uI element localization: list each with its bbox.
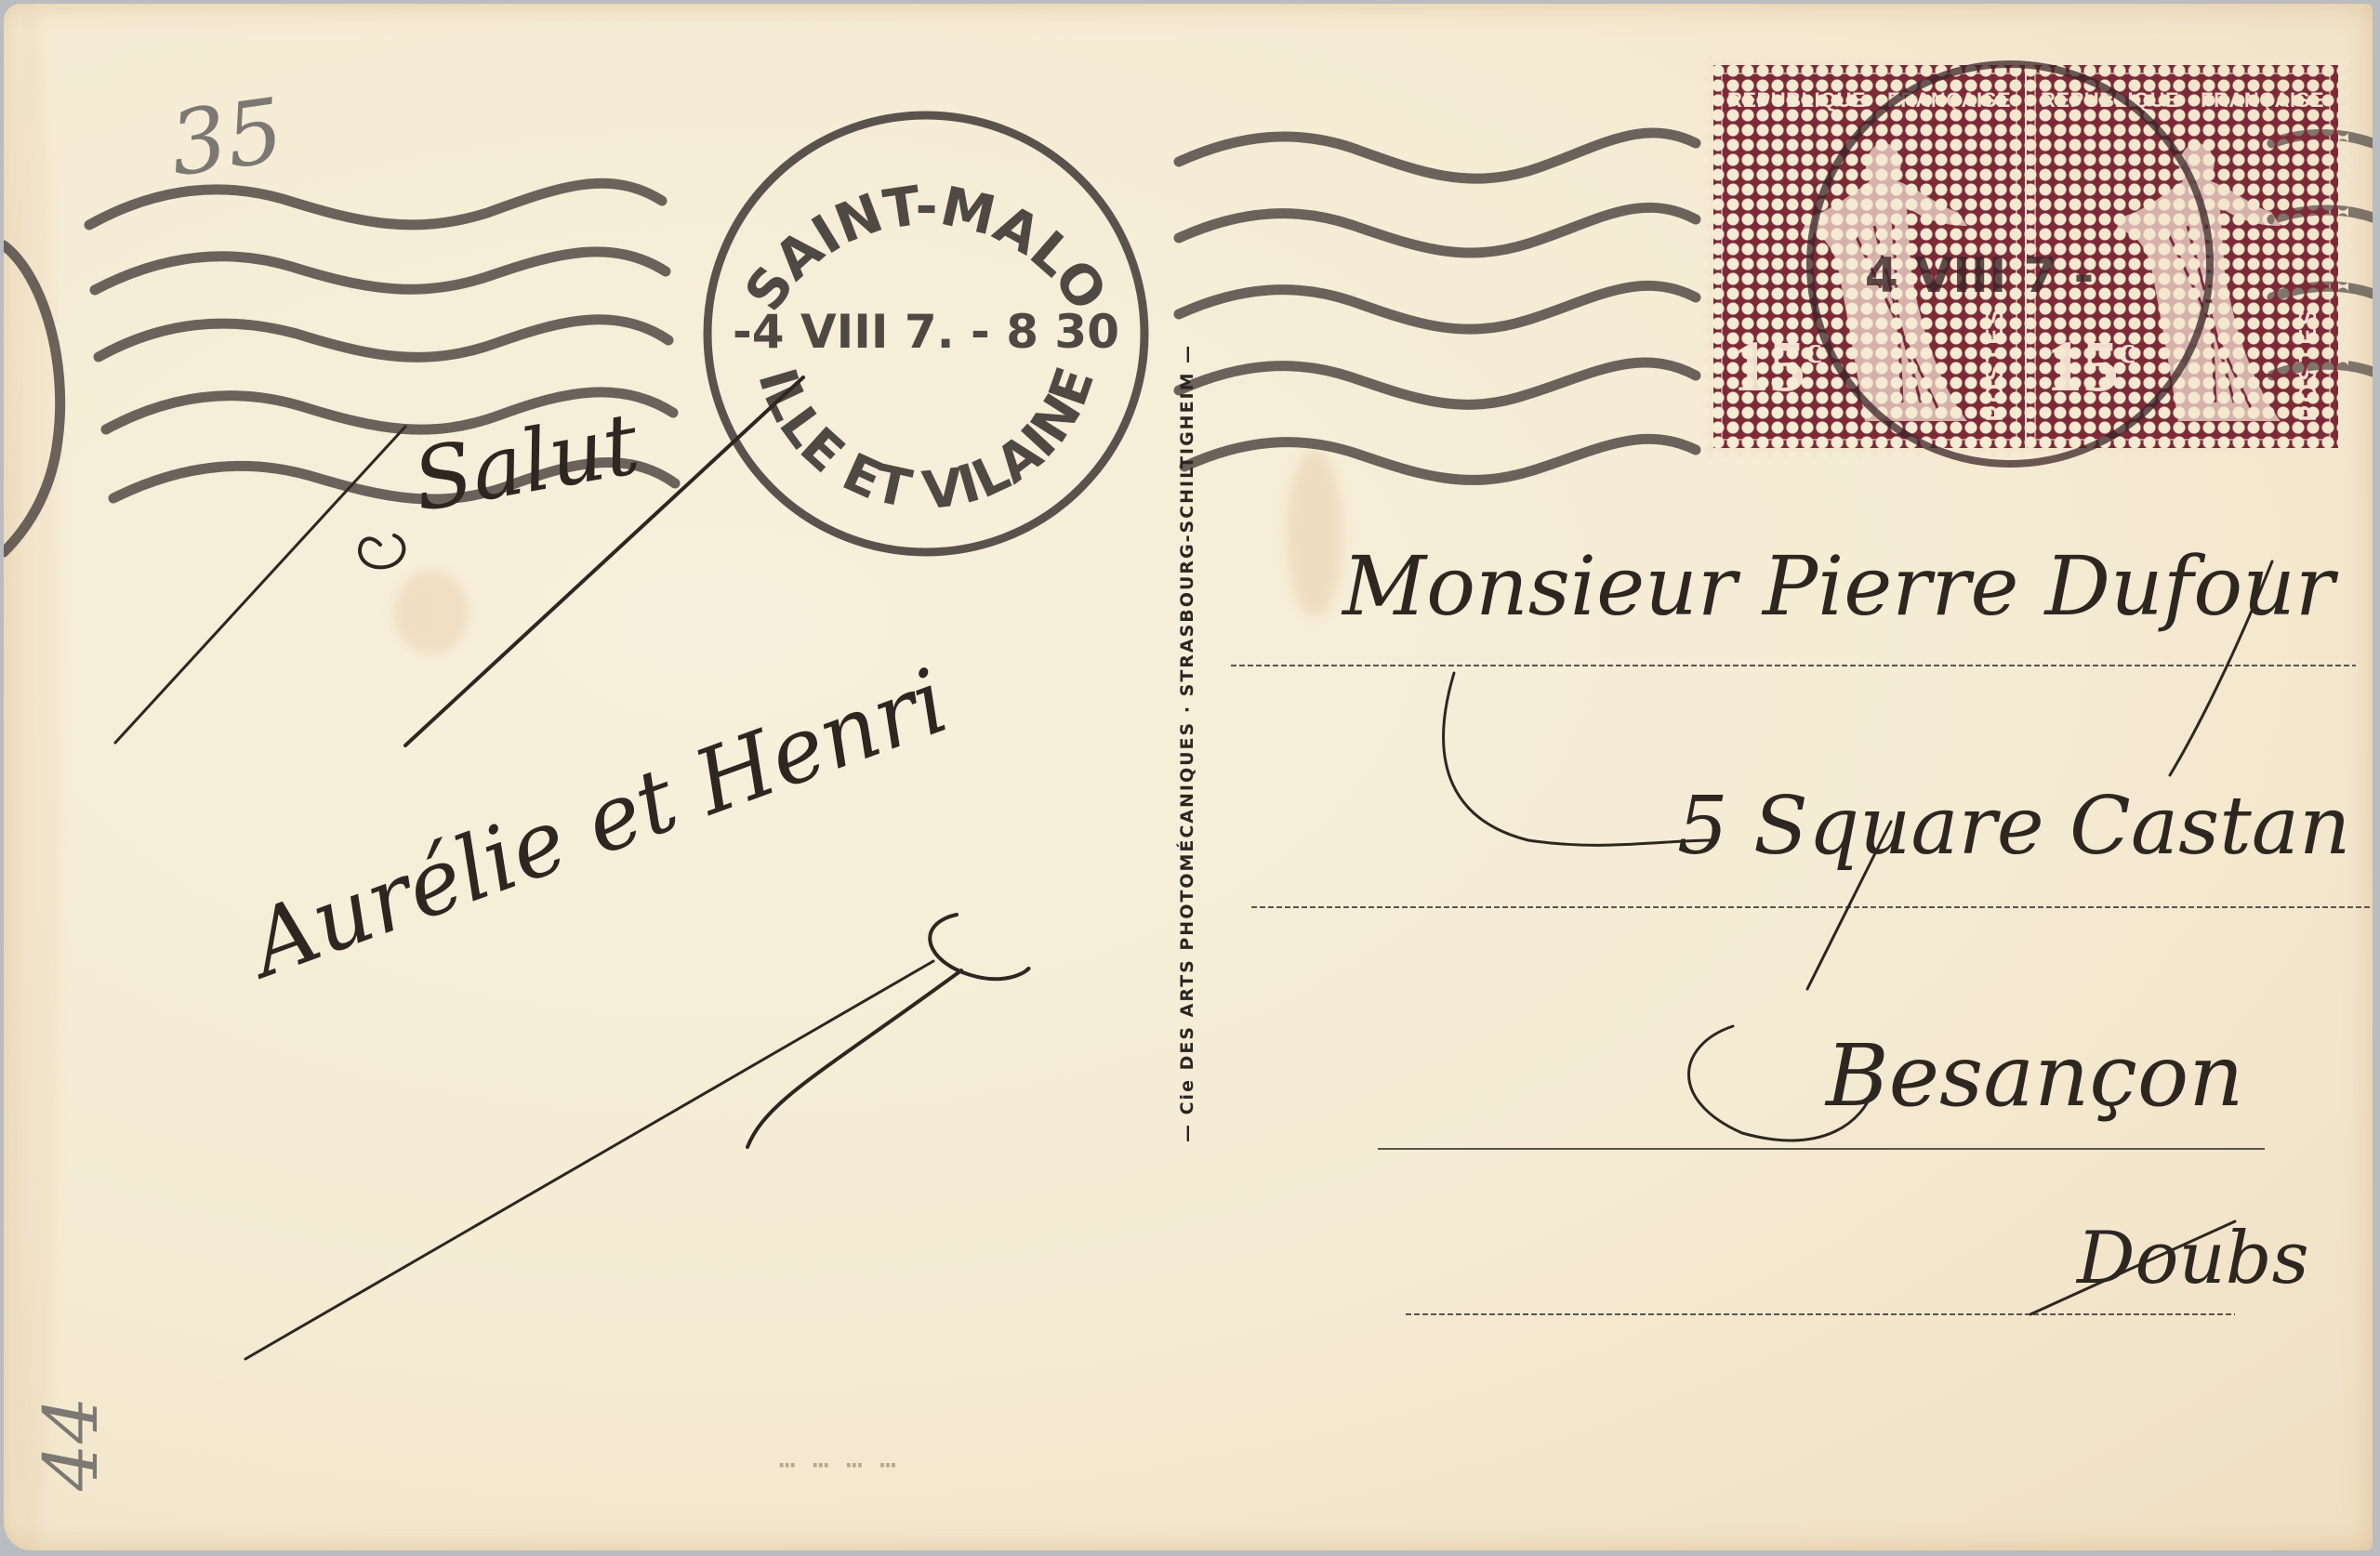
stamp-cancel-date: 4 VIII 7 - — [1865, 248, 2095, 304]
postcard-back: SAINT-MALO ILLE ET VILAINE -4 VIII 7. - … — [4, 4, 2373, 1550]
stamp-cancel-layer: 4 VIII 7 - — [4, 4, 2373, 1550]
